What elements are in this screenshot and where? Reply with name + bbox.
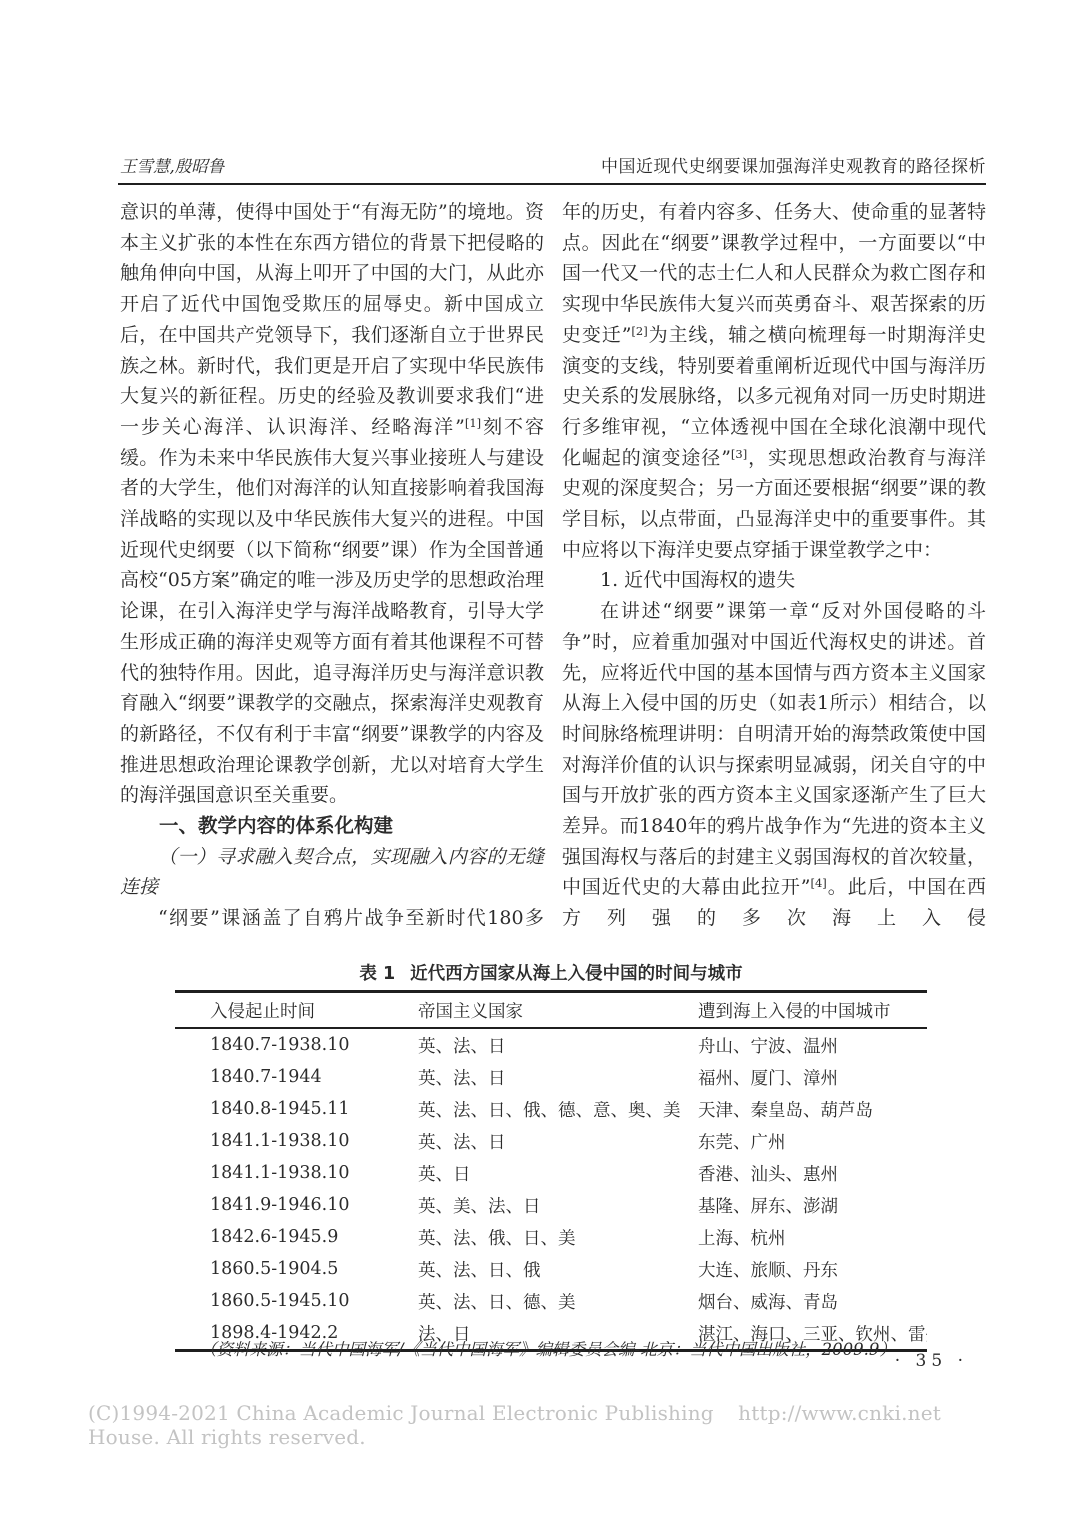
table-cell: 1841.1-1938.10 <box>175 1125 417 1157</box>
citation-marker: [1] <box>465 416 481 430</box>
table-cell: 福州、厦门、漳州 <box>697 1061 927 1093</box>
table-cell: 1841.1-1938.10 <box>175 1157 417 1189</box>
table-cell: 英、法、日 <box>417 1028 697 1061</box>
table-cell: 英、法、俄、日、美 <box>417 1221 697 1253</box>
citation-marker: [3] <box>731 447 747 461</box>
table-row: 1840.8-1945.11英、法、日、俄、德、意、奥、美天津、秦皇岛、葫芦岛 <box>175 1093 927 1125</box>
table-caption: 表 1近代西方国家从海上入侵中国的时间与城市 <box>175 960 927 985</box>
subsection-heading: （一）寻求融入契合点，实现融入内容的无缝连接 <box>120 842 544 903</box>
table-cell: 基隆、屏东、澎湖 <box>697 1189 927 1221</box>
body-columns: 意识的单薄，使得中国处于“有海无防”的境地。资本主义扩张的本性在东西方错位的背景… <box>120 197 986 934</box>
table-cell: 1860.5-1945.10 <box>175 1285 417 1317</box>
footer-watermark: (C)1994-2021 China Academic Journal Elec… <box>88 1401 941 1449</box>
citation-marker: [2] <box>631 324 647 338</box>
table-cell: 天津、秦皇岛、葫芦岛 <box>697 1093 927 1125</box>
table-cell: 英、法、日 <box>417 1125 697 1157</box>
column-header-cities: 遭到海上入侵的中国城市 <box>697 992 927 1029</box>
table-cell: 英、法、日、德、美 <box>417 1285 697 1317</box>
table-source-note: （资料来源：当代中国海军/《当代中国海军》编辑委员会编-北京：当代中国出版社，2… <box>200 1336 896 1360</box>
table-cell: 1840.7-1944 <box>175 1061 417 1093</box>
table-row: 1860.5-1945.10英、法、日、德、美烟台、威海、青岛 <box>175 1285 927 1317</box>
paragraph: 意识的单薄，使得中国处于“有海无防”的境地。资本主义扩张的本性在东西方错位的背景… <box>120 197 544 811</box>
table-caption-label: 表 1 <box>359 964 395 984</box>
section-heading: 一、教学内容的体系化构建 <box>120 811 544 842</box>
paragraph: 年的历史，有着内容多、任务大、使命重的显著特点。因此在“纲要”课教学过程中，一方… <box>562 197 986 565</box>
table-cell: 烟台、威海、青岛 <box>697 1285 927 1317</box>
table-row: 1840.7-1938.10英、法、日舟山、宁波、温州 <box>175 1028 927 1061</box>
journal-page: 王雪慧,殷昭鲁 中国近现代史纲要课加强海洋史观教育的路径探析 意识的单薄，使得中… <box>0 0 1080 1515</box>
table-cell: 英、法、日 <box>417 1061 697 1093</box>
table-row: 1860.5-1904.5英、法、日、俄大连、旅顺、丹东 <box>175 1253 927 1285</box>
footer-url: http://www.cnki.net <box>738 1401 941 1449</box>
table-cell: 1860.5-1904.5 <box>175 1253 417 1285</box>
citation-marker: [4] <box>811 876 827 890</box>
table-row: 1841.1-1938.10英、日香港、汕头、惠州 <box>175 1157 927 1189</box>
numbered-point-heading: 1. 近代中国海权的遗失 <box>562 565 986 596</box>
table-cell: 舟山、宁波、温州 <box>697 1028 927 1061</box>
column-header-countries: 帝国主义国家 <box>417 992 697 1029</box>
paragraph: “纲要”课涵盖了自鸦片战争至新时代180多 <box>120 903 544 934</box>
table-cell: 1841.9-1946.10 <box>175 1189 417 1221</box>
page-header: 王雪慧,殷昭鲁 中国近现代史纲要课加强海洋史观教育的路径探析 <box>120 152 986 177</box>
table-row: 1841.1-1938.10英、法、日东莞、广州 <box>175 1125 927 1157</box>
header-running-title: 中国近现代史纲要课加强海洋史观教育的路径探析 <box>601 152 986 177</box>
table-cell: 英、法、日、俄、德、意、奥、美 <box>417 1093 697 1125</box>
table-cell: 大连、旅顺、丹东 <box>697 1253 927 1285</box>
right-column: 年的历史，有着内容多、任务大、使命重的显著特点。因此在“纲要”课教学过程中，一方… <box>562 197 986 934</box>
table-cell: 1842.6-1945.9 <box>175 1221 417 1253</box>
table-header-row: 入侵起止时间 帝国主义国家 遭到海上入侵的中国城市 <box>175 992 927 1029</box>
table-cell: 英、法、日、俄 <box>417 1253 697 1285</box>
table-row: 1841.9-1946.10英、美、法、日基隆、屏东、澎湖 <box>175 1189 927 1221</box>
page-number: · 35 · <box>895 1351 968 1371</box>
table-cell: 香港、汕头、惠州 <box>697 1157 927 1189</box>
left-column: 意识的单薄，使得中国处于“有海无防”的境地。资本主义扩张的本性在东西方错位的背景… <box>120 197 544 934</box>
table-caption-title: 近代西方国家从海上入侵中国的时间与城市 <box>410 964 743 984</box>
footer-copyright: (C)1994-2021 China Academic Journal Elec… <box>88 1401 738 1449</box>
header-rule <box>118 183 986 185</box>
table-row: 1840.7-1944英、法、日福州、厦门、漳州 <box>175 1061 927 1093</box>
table-cell: 英、日 <box>417 1157 697 1189</box>
column-header-time: 入侵起止时间 <box>175 992 417 1029</box>
table-cell: 东莞、广州 <box>697 1125 927 1157</box>
invasion-table: 入侵起止时间 帝国主义国家 遭到海上入侵的中国城市 1840.7-1938.10… <box>175 990 927 1352</box>
table-row: 1842.6-1945.9英、法、俄、日、美上海、杭州 <box>175 1221 927 1253</box>
paragraph: 在讲述“纲要”课第一章“反对外国侵略的斗争”时，应着重加强对中国近代海权史的讲述… <box>562 596 986 934</box>
header-authors: 王雪慧,殷昭鲁 <box>120 153 224 177</box>
table-cell: 英、美、法、日 <box>417 1189 697 1221</box>
table-cell: 上海、杭州 <box>697 1221 927 1253</box>
table-cell: 1840.7-1938.10 <box>175 1028 417 1061</box>
table-cell: 1840.8-1945.11 <box>175 1093 417 1125</box>
